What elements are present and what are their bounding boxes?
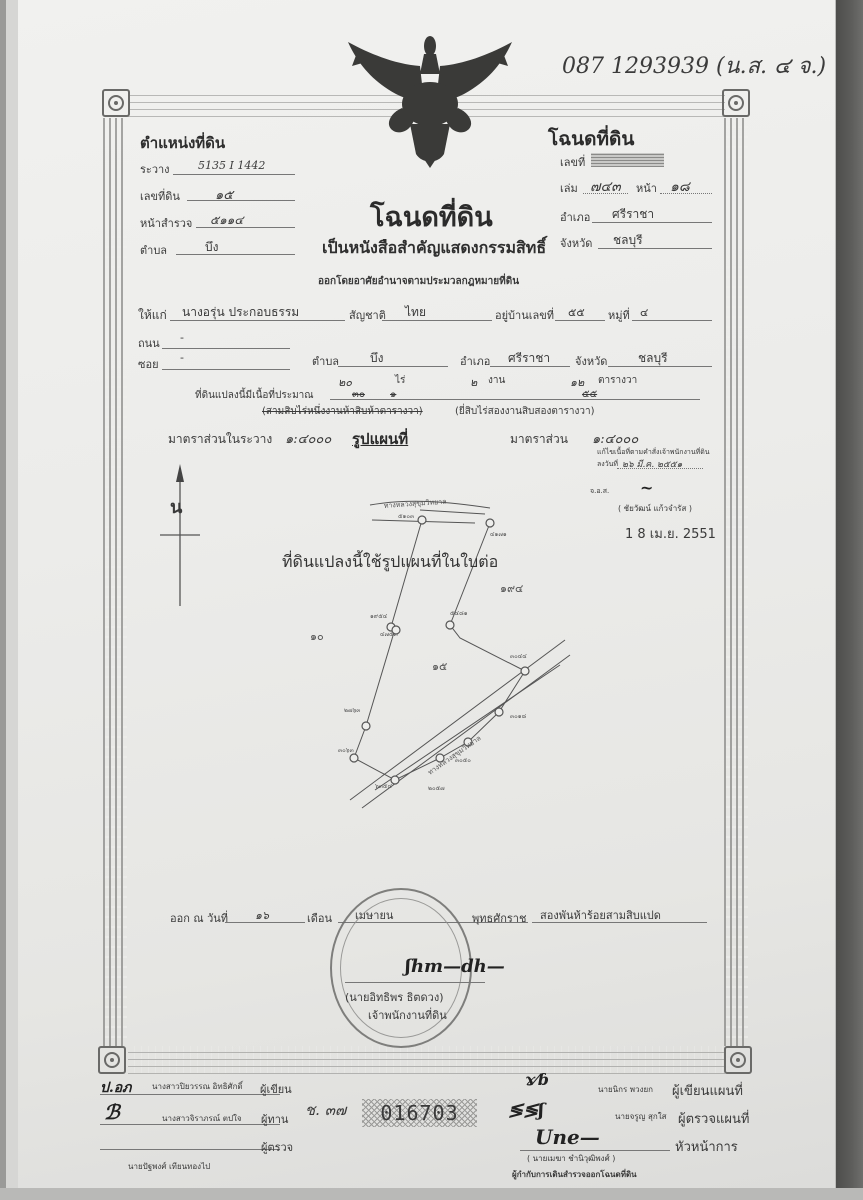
area-rai-old: ๓๐ [352,387,365,402]
map-writer-signature: ɤ⁄ɓ [525,1070,549,1089]
garuda-emblem-icon [340,36,520,168]
map-checker-role: ผู้ตรวจแผนที่ [678,1108,749,1129]
area-ngan-new: ๒ [470,373,477,391]
bottom-edge [0,1188,863,1200]
field-underline [338,366,448,367]
field-underline [187,200,295,201]
field-value-page: ๑๘ [670,176,690,198]
field-label-amphoe: อำเภอ [560,208,590,226]
area-ngan-old: ๑ [390,387,396,402]
field-underline [162,348,290,349]
field-value-province: ชลบุรี [613,231,643,250]
checker-signature: ℬ [104,1100,120,1124]
signature-line [100,1124,280,1125]
inspector-name: นายปัฐพงศ์ เทียนทองไป [128,1160,210,1173]
area-wa-unit: ตารางวา [598,373,637,388]
parcel-label-15: ๑๕ [432,660,447,673]
tambon-value: บึง [370,349,383,368]
marker-label: ๓๐๑๘ [510,713,527,720]
head-signature: Une— [535,1125,600,1149]
field-label-deed-no: เลขที่ [560,153,585,171]
document-subtitle: เป็นหนังสือสำคัญแสดงกรรมสิทธิ์ [322,236,546,261]
handwritten-phone-note: 087 1293939 (น.ส. ๔ จ.) [562,48,826,83]
field-label-province: จังหวัด [560,234,592,252]
signature-line [100,1094,280,1095]
checker-role: ผู้ทาน [261,1110,288,1128]
moo-value: ๔ [640,303,648,321]
field-value-survey-page: ๕๑๑๔ [210,211,243,230]
map-attached-notice: ที่ดินแปลงนี้ใช้รูปแผนที่ในใบต่อ [282,550,498,575]
map-checker-signature: ≶≶ʃ [508,1100,544,1121]
amphoe-value: ศรีราชา [508,349,550,368]
officer-prefix: จ.อ.ส. [590,486,609,497]
field-label-map-sheet: ระวาง [140,160,170,178]
writer-initials: ป.อภ [100,1077,131,1099]
amend-date-label: ลงวันที่ [597,459,618,470]
field-underline [173,174,295,175]
field-label-tambon: ตำบล [140,241,167,259]
serial-number: 016703 [362,1099,477,1127]
house-no-label: อยู่บ้านเลขที่ [495,306,554,324]
marker-label: ๔๑๗๑ [490,531,507,538]
area-underline [330,399,700,400]
road-label-top: ทางหลวงสุขุมวิทยาล [384,498,447,510]
province-label: จังหวัด [575,352,607,370]
decorative-border-bottom [128,1046,725,1074]
area-ngan-unit: งาน [488,373,505,388]
map-title: รูปแผนที่ [352,427,408,451]
area-label: ที่ดินแปลงนี้มีเนื้อที่ประมาณ [195,388,314,403]
marker-label: ๓๐๖๓ [338,747,354,754]
road-label: ถนน [138,334,160,352]
area-old-text: (สามสิบไร่หนึ่งงานห้าสิบห้าตารางวา) [262,404,423,419]
marker-label: ๒๐๕๗ [428,785,445,792]
issued-year-label: พุทธศักราช [472,909,526,927]
parcel-label-10: ๑๐ [310,630,324,643]
scale-left-value: ๑:๔๐๐๐ [285,428,331,449]
house-no-value: ๕๕ [568,303,585,321]
writer-role: ผู้เขียน [260,1080,292,1098]
deed-number-redacted [591,153,664,167]
marker-label: ๒๗๖๓ [344,707,360,714]
inspector-role: ผู้ตรวจ [261,1138,293,1156]
road-value: - [180,331,184,344]
official-signature: ʃhm—dh— [405,956,505,977]
marker-label: ๕๑๐๓ [398,513,414,520]
north-arrow-icon [160,460,200,610]
map-writer-role: ผู้เขียนแผนที่ [672,1080,743,1101]
nationality-value: ไทย [405,303,426,322]
decorative-border-right [724,118,748,1046]
field-label-page: หน้า [636,179,657,197]
field-underline [176,254,295,255]
field-underline [382,320,492,321]
province-value: ชลบุรี [638,349,668,368]
moo-label: หมู่ที่ [608,306,630,324]
field-value-parcel-no: ๑๕ [215,184,233,205]
marker-label: ๖๓๕๔ [375,783,392,790]
head-name: ( นายเมฆา ชำนิวุฒิพงศ์ ) [527,1152,615,1165]
issued-by-authority: ออกโดยอาศัยอำนาจตามประมวลกฎหมายที่ดิน [318,274,519,289]
official-name: (นายอิทธิพร ธิตดวง) [345,988,444,1006]
owner-label: ให้แก่ [138,306,167,325]
map-checker-name: นายจรูญ สุกใส [615,1110,667,1123]
marker-label: ๓๐๔๔ [510,653,527,660]
deed-title-right: โฉนดที่ดิน [548,124,634,154]
decorative-border-left [103,118,127,1046]
owner-name: นางอรุ่น ประกอบธรรม [182,303,299,322]
north-label: น [170,492,182,521]
nationality-label: สัญชาติ [349,306,386,324]
signature-line [345,982,485,983]
field-label-survey-page: หน้าสำรวจ [140,214,192,232]
field-value-tambon: บึง [205,238,218,257]
signature-line [100,1149,280,1150]
tambon-label: ตำบล [312,352,339,370]
issued-year-text: สองพันห้าร้อยสามสิบแปด [540,906,661,924]
area-new-text: (ยี่สิบไร่สองงานสิบสองตารางวา) [455,404,595,419]
officer-name: ( ชัยวัฒน์ แก้วจำรัส ) [618,502,692,515]
field-label-parcel-no: เลขที่ดิน [140,187,180,205]
writer-name: นางสาวปิยวรรณ อิทธิศักดิ์ [152,1080,243,1093]
scale-left-label: มาตราส่วนในระวาง [168,430,272,449]
stamp-date: 1 8 เม.ย. 2551 [625,523,716,544]
map-writer-name: นายนิกร พวงยก [598,1083,653,1096]
parcel-map: ๕๑๐๓ ๔๑๗๑ ๑๙๕๔ ๔๗๕๓ ๕๔๘๑ ๓๐๔๔ ๓๐๑๘ ๒๗๖๓ … [300,490,590,810]
soi-value: - [180,351,184,364]
corner-ornament-icon [722,89,750,117]
document-title: โฉนดที่ดิน [370,195,493,238]
left-edge [0,0,6,1200]
land-location-title: ตำแหน่งที่ดิน [140,131,225,155]
head-role: หัวหน้าการ [675,1136,738,1157]
page-shadow-edge [836,0,863,1200]
field-value-map-sheet: 5135 I 1442 [198,159,265,172]
field-underline [162,369,290,370]
issued-day: ๑๖ [255,906,269,924]
marker-label: ๕๔๘๑ [450,610,468,617]
parcel-label-194: ๑๙๔ [500,582,523,595]
amend-date-value: ๒๖ มี.ค. ๒๕๕๑ [622,457,682,471]
issued-date-label: ออก ณ วันที่ [170,909,228,927]
amphoe-label: อำเภอ [460,352,490,370]
scale-right-value: ๑:๔๐๐๐ [592,428,638,449]
scale-right-label: มาตราส่วน [510,430,568,449]
soi-label: ซอย [138,355,159,373]
head-title: ผู้กำกับการเดินสำรวจออกโฉนดที่ดิน [512,1168,637,1181]
officer-signature: ~ [640,478,653,497]
corner-ornament-icon [724,1046,752,1074]
field-value-amphoe: ศรีราชา [612,205,654,224]
marker-label: ๔๗๕๓ [380,631,398,638]
signature-line [520,1150,670,1151]
marker-label: ๑๙๕๔ [370,613,388,620]
area-rai-unit: ไร่ [395,373,405,388]
field-label-volume: เล่ม [560,179,578,197]
issued-month-label: เดือน [307,909,332,927]
corner-ornament-icon [102,89,130,117]
corner-ornament-icon [98,1046,126,1074]
area-wa-old: ๕๕ [582,387,597,402]
field-value-volume: ๗๔๓ [590,176,621,198]
official-title: เจ้าพนักงานที่ดิน [368,1006,447,1024]
area-rai-new: ๒๐ [338,373,352,391]
volume-code: ช. ๓๗ [305,1098,346,1122]
